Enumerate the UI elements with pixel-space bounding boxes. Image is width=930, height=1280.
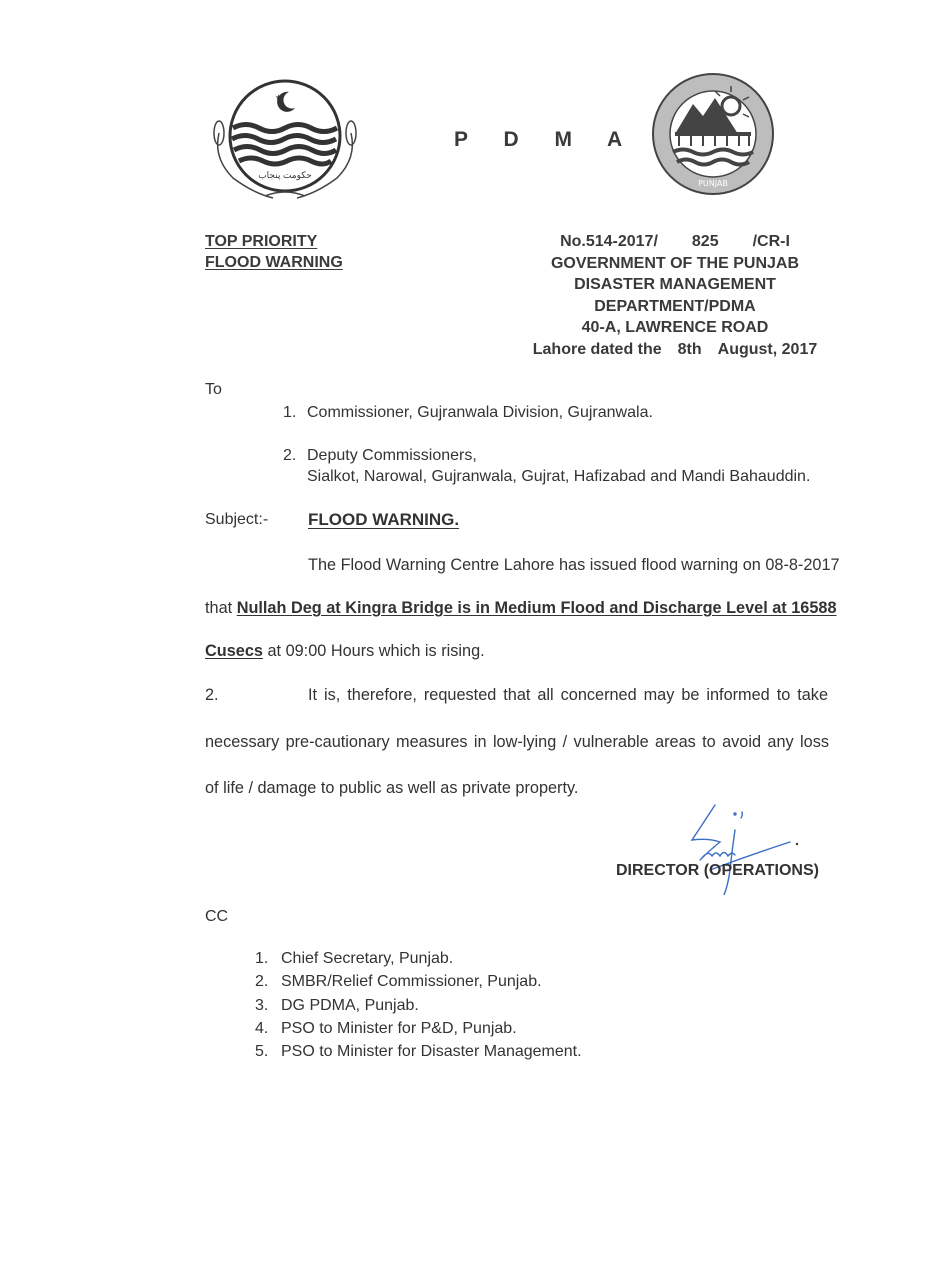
flood-status-highlight: Nullah Deg at Kingra Bridge is in Medium…	[237, 599, 837, 617]
department-line-3: DEPARTMENT/PDMA	[520, 296, 830, 318]
cc-label: CC	[205, 908, 228, 926]
signatory-title: DIRECTOR (OPERATIONS)	[616, 862, 819, 880]
department-line-1: GOVERNMENT OF THE PUNJAB	[520, 253, 830, 275]
subject-label: Subject:-	[205, 511, 268, 529]
date-line: Lahore dated the8thAugust, 2017	[520, 339, 830, 361]
addressee-item: 2. Deputy Commissioners, Sialkot, Narowa…	[283, 445, 843, 489]
reference-number: No.514-2017/825/CR-I	[520, 231, 830, 253]
paragraph-2-line-1: It is, therefore, requested that all con…	[308, 686, 828, 705]
paragraph-1-line-3: Cusecs at 09:00 Hours which is rising.	[205, 642, 485, 661]
address-line: 40-A, LAWRENCE ROAD	[520, 317, 830, 339]
to-label: To	[205, 381, 222, 399]
punjab-government-emblem-icon: ★ حکومت پنجاب	[205, 78, 365, 203]
addressee-item: 1. Commissioner, Gujranwala Division, Gu…	[283, 402, 843, 424]
paragraph-1-line-2: that Nullah Deg at Kingra Bridge is in M…	[205, 599, 829, 618]
svg-text:★: ★	[275, 93, 282, 102]
flood-warning-label: FLOOD WARNING	[205, 252, 343, 273]
paragraph-2-number: 2.	[205, 686, 219, 705]
svg-text:PUNJAB: PUNJAB	[698, 179, 728, 188]
signature-icon	[680, 800, 800, 895]
top-priority-label: TOP PRIORITY	[205, 231, 343, 252]
organization-name: P D M A	[454, 128, 637, 152]
paragraph-2-line-3: of life / damage to public as well as pr…	[205, 779, 578, 798]
paragraph-2-line-2: necessary pre-cautionary measures in low…	[205, 733, 829, 752]
priority-block: TOP PRIORITY FLOOD WARNING	[205, 231, 343, 273]
department-line-2: DISASTER MANAGEMENT	[520, 274, 830, 296]
subject-title: FLOOD WARNING.	[308, 510, 459, 530]
reference-block: No.514-2017/825/CR-I GOVERNMENT OF THE P…	[520, 231, 830, 360]
pdma-seal-icon: PUNJAB	[643, 72, 783, 197]
svg-text:حکومت پنجاب: حکومت پنجاب	[258, 170, 312, 181]
paragraph-1-line-1: The Flood Warning Centre Lahore has issu…	[308, 556, 828, 575]
